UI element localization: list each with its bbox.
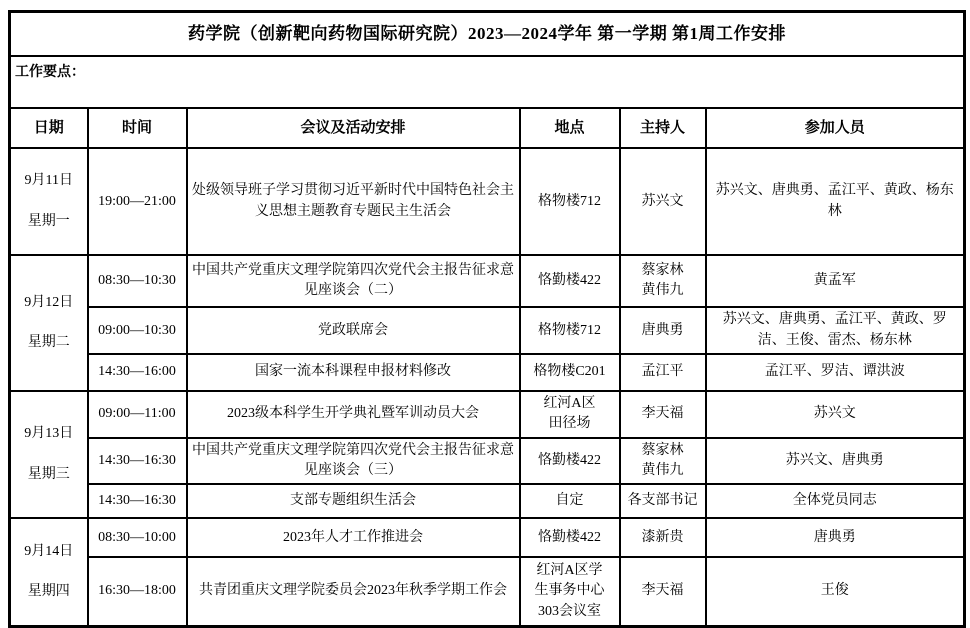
table-row: 9月14日 星期四 08:30—10:00 2023年人才工作推进会 恪勤楼42… — [10, 518, 965, 557]
header-place: 地点 — [520, 108, 620, 148]
time-cell: 19:00—21:00 — [88, 148, 187, 255]
date-text: 9月14日 — [15, 542, 83, 562]
time-cell: 14:30—16:00 — [88, 354, 187, 391]
time-cell: 14:30—16:30 — [88, 438, 187, 485]
place-cell: 恪勤楼422 — [520, 255, 620, 307]
weekday-text: 星期一 — [15, 212, 83, 232]
place-cell: 红河A区学 生事务中心 303会议室 — [520, 557, 620, 626]
weekday-text: 星期二 — [15, 333, 83, 353]
place-cell: 红河A区 田径场 — [520, 391, 620, 438]
place-cell: 格物楼C201 — [520, 354, 620, 391]
weekday-text: 星期三 — [15, 465, 83, 485]
header-date: 日期 — [10, 108, 88, 148]
host-cell: 李天福 — [620, 391, 706, 438]
event-cell: 中国共产党重庆文理学院第四次党代会主报告征求意见座谈会（三） — [187, 438, 520, 485]
date-text: 9月13日 — [15, 424, 83, 444]
page-title: 药学院（创新靶向药物国际研究院）2023—2024学年 第一学期 第1周工作安排 — [10, 12, 965, 57]
header-time: 时间 — [88, 108, 187, 148]
host-cell: 唐典勇 — [620, 307, 706, 354]
place-cell: 格物楼712 — [520, 307, 620, 354]
event-cell: 2023级本科学生开学典礼暨军训动员大会 — [187, 391, 520, 438]
participants-cell: 全体党员同志 — [706, 484, 965, 518]
date-text: 9月11日 — [15, 171, 83, 191]
place-cell: 自定 — [520, 484, 620, 518]
date-cell: 9月13日 星期三 — [10, 391, 88, 518]
place-cell: 恪勤楼422 — [520, 438, 620, 485]
header-event: 会议及活动安排 — [187, 108, 520, 148]
participants-cell: 苏兴文、唐典勇、孟江平、黄政、罗洁、王俊、雷杰、杨东林 — [706, 307, 965, 354]
weekday-text: 星期四 — [15, 582, 83, 602]
event-cell: 党政联席会 — [187, 307, 520, 354]
host-cell: 孟江平 — [620, 354, 706, 391]
time-cell: 08:30—10:30 — [88, 255, 187, 307]
time-cell: 09:00—11:00 — [88, 391, 187, 438]
time-cell: 14:30—16:30 — [88, 484, 187, 518]
time-cell: 16:30—18:00 — [88, 557, 187, 626]
participants-cell: 苏兴文、唐典勇 — [706, 438, 965, 485]
date-cell: 9月12日 星期二 — [10, 255, 88, 391]
host-cell: 各支部书记 — [620, 484, 706, 518]
host-cell: 蔡家林 黄伟九 — [620, 438, 706, 485]
participants-cell: 唐典勇 — [706, 518, 965, 557]
host-cell: 苏兴文 — [620, 148, 706, 255]
schedule-table: 药学院（创新靶向药物国际研究院）2023—2024学年 第一学期 第1周工作安排… — [8, 10, 966, 628]
participants-cell: 王俊 — [706, 557, 965, 626]
participants-cell: 苏兴文、唐典勇、孟江平、黄政、杨东林 — [706, 148, 965, 255]
date-cell: 9月14日 星期四 — [10, 518, 88, 626]
place-cell: 恪勤楼422 — [520, 518, 620, 557]
date-cell: 9月11日 星期一 — [10, 148, 88, 255]
schedule-page: 药学院（创新靶向药物国际研究院）2023—2024学年 第一学期 第1周工作安排… — [0, 0, 970, 578]
event-cell: 2023年人才工作推进会 — [187, 518, 520, 557]
work-notes-label: 工作要点： — [10, 56, 965, 108]
event-cell: 中国共产党重庆文理学院第四次党代会主报告征求意见座谈会（二） — [187, 255, 520, 307]
place-cell: 格物楼712 — [520, 148, 620, 255]
date-text: 9月12日 — [15, 293, 83, 313]
header-host: 主持人 — [620, 108, 706, 148]
time-cell: 09:00—10:30 — [88, 307, 187, 354]
event-cell: 共青团重庆文理学院委员会2023年秋季学期工作会 — [187, 557, 520, 626]
table-row: 09:00—10:30 党政联席会 格物楼712 唐典勇 苏兴文、唐典勇、孟江平… — [10, 307, 965, 354]
table-row: 14:30—16:00 国家一流本科课程申报材料修改 格物楼C201 孟江平 孟… — [10, 354, 965, 391]
host-cell: 漆新贵 — [620, 518, 706, 557]
event-cell: 国家一流本科课程申报材料修改 — [187, 354, 520, 391]
time-cell: 08:30—10:00 — [88, 518, 187, 557]
table-row: 9月13日 星期三 09:00—11:00 2023级本科学生开学典礼暨军训动员… — [10, 391, 965, 438]
table-row: 14:30—16:30 中国共产党重庆文理学院第四次党代会主报告征求意见座谈会（… — [10, 438, 965, 485]
participants-cell: 苏兴文 — [706, 391, 965, 438]
host-cell: 李天福 — [620, 557, 706, 626]
participants-cell: 黄孟军 — [706, 255, 965, 307]
table-row: 9月12日 星期二 08:30—10:30 中国共产党重庆文理学院第四次党代会主… — [10, 255, 965, 307]
table-header-row: 日期 时间 会议及活动安排 地点 主持人 参加人员 — [10, 108, 965, 148]
header-participants: 参加人员 — [706, 108, 965, 148]
table-row: 14:30—16:30 支部专题组织生活会 自定 各支部书记 全体党员同志 — [10, 484, 965, 518]
table-row: 9月11日 星期一 19:00—21:00 处级领导班子学习贯彻习近平新时代中国… — [10, 148, 965, 255]
event-cell: 处级领导班子学习贯彻习近平新时代中国特色社会主义思想主题教育专题民主生活会 — [187, 148, 520, 255]
event-cell: 支部专题组织生活会 — [187, 484, 520, 518]
host-cell: 蔡家林 黄伟九 — [620, 255, 706, 307]
table-row: 16:30—18:00 共青团重庆文理学院委员会2023年秋季学期工作会 红河A… — [10, 557, 965, 626]
participants-cell: 孟江平、罗洁、谭洪波 — [706, 354, 965, 391]
